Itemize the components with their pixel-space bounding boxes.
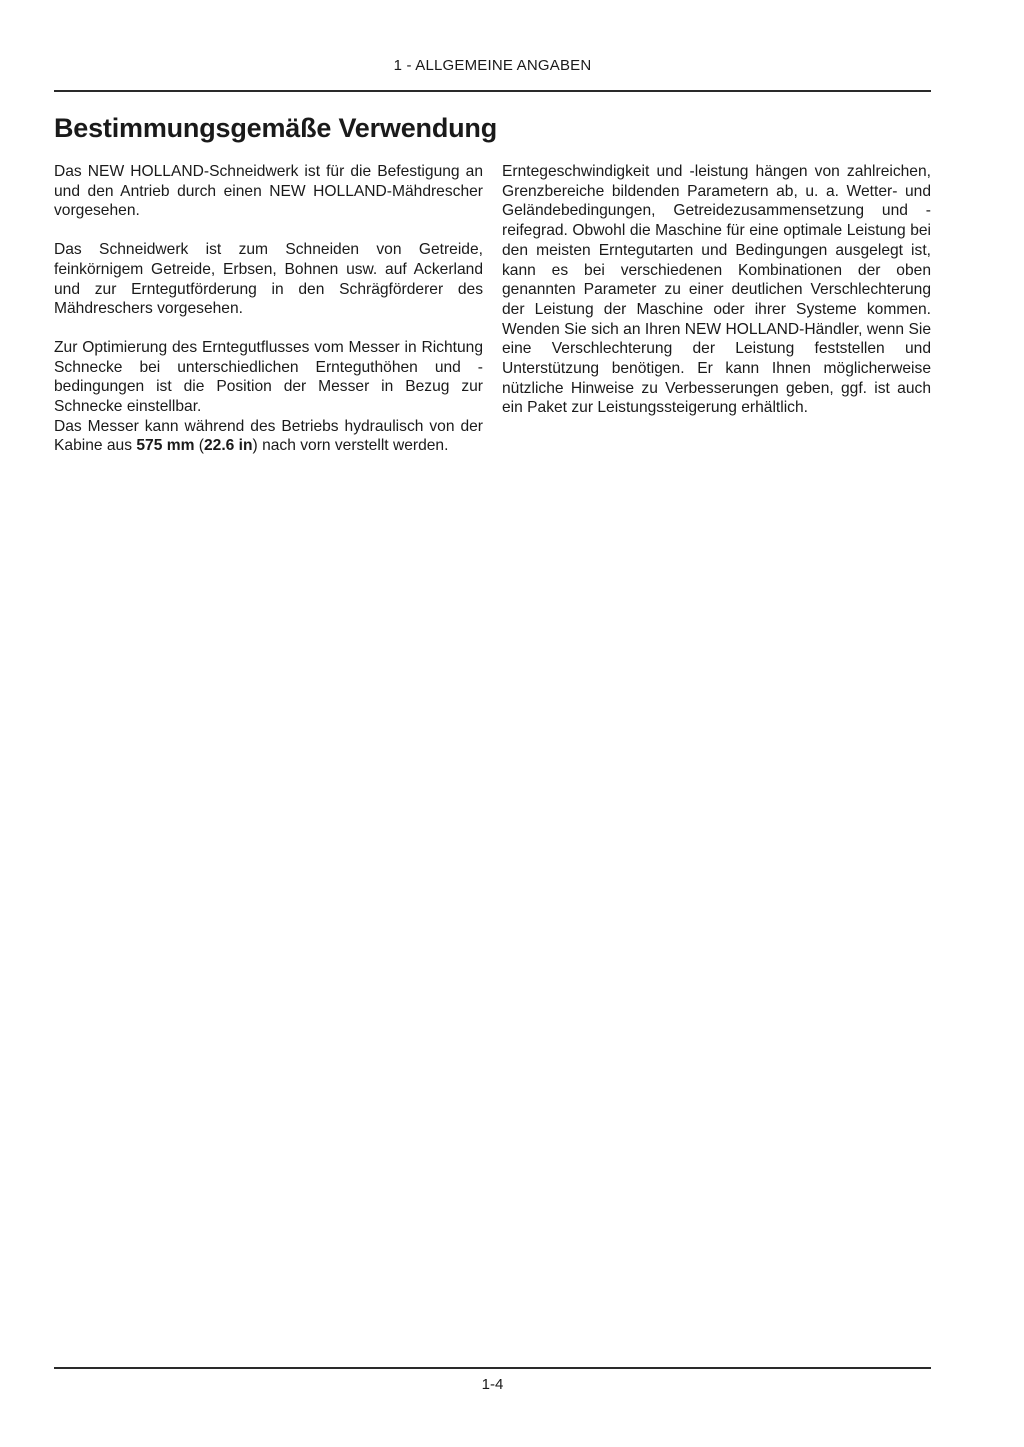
adjust-value-mm: 575 mm — [136, 437, 194, 454]
adjust-value-in: 22.6 in — [204, 437, 253, 454]
paragraph-knife-position: Zur Optimierung des Erntegutflusses vom … — [54, 338, 483, 417]
paragraph-harvest-performance: Erntegeschwindigkeit und -leistung hänge… — [502, 162, 931, 418]
adjust-text-suffix: ) nach vorn verstellt werden. — [253, 437, 449, 454]
page-title: Bestimmungsgemäße Verwendung — [54, 113, 497, 144]
header-divider — [54, 90, 931, 92]
page-number: 1-4 — [0, 1376, 985, 1393]
left-column: Das NEW HOLLAND-Schneidwerk ist für die … — [54, 162, 483, 456]
paragraph-intended-attachment: Das NEW HOLLAND-Schneidwerk ist für die … — [54, 162, 483, 221]
paragraph-crop-cutting: Das Schneidwerk ist zum Schneiden von Ge… — [54, 240, 483, 319]
section-header: 1 - ALLGEMEINE ANGABEN — [0, 57, 985, 74]
right-column: Erntegeschwindigkeit und -leistung hänge… — [502, 162, 931, 418]
paragraph-knife-adjustment: Das Messer kann während des Betriebs hyd… — [54, 417, 483, 456]
adjust-paren-open: ( — [194, 437, 204, 454]
footer-divider — [54, 1367, 931, 1369]
